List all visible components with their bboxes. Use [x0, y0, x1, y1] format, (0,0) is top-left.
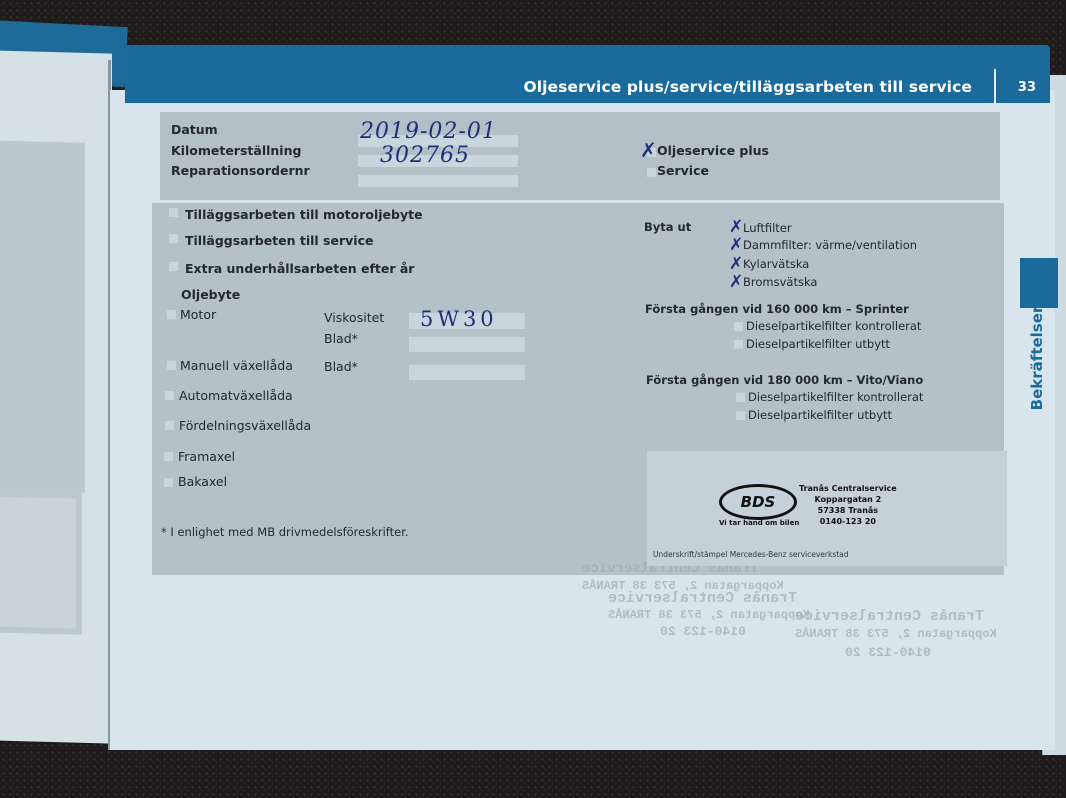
dpf-vito-checked-label: Dieselpartikelfilter kontrollerat — [748, 390, 923, 404]
checkbox-dpf-sprinter-checked[interactable] — [734, 322, 743, 331]
replace-air-filter: Luftfilter — [743, 221, 792, 235]
sheet-field-motor[interactable] — [409, 337, 525, 352]
checkbox-extra-maintenance[interactable] — [169, 262, 178, 271]
stamp-slogan: Vi tar hand om bilen — [719, 519, 799, 527]
repair-order-label: Reparationsordernr — [171, 163, 310, 178]
signature-stamp-field[interactable]: BDS Vi tar hand om bilen Tranås Centrals… — [647, 451, 1007, 566]
replace-cabin-filter: Dammfilter: värme/ventilation — [743, 238, 917, 252]
automatic-gearbox-label: Automatväxellåda — [179, 388, 293, 403]
odometer-value: 302765 — [380, 143, 470, 168]
sheet-label-motor: Blad* — [324, 331, 358, 346]
front-axle-label: Framaxel — [178, 449, 235, 464]
page-header-band: Oljeservice plus/service/tilläggsarbeten… — [125, 45, 1050, 103]
header-divider — [994, 69, 996, 103]
date-label: Datum — [171, 122, 218, 137]
x-mark-icon: ✗ — [729, 256, 743, 273]
additional-motor-oil-label: Tilläggsarbeten till motoroljebyte — [185, 207, 423, 222]
dpf-vito-heading: Första gången vid 180 000 km – Vito/Vian… — [646, 373, 923, 387]
replace-coolant: Kylarvätska — [743, 257, 809, 271]
manual-gearbox-label: Manuell växellåda — [180, 358, 293, 373]
transfer-case-label: Fördelningsväxellåda — [179, 418, 311, 433]
odometer-label: Kilometerställning — [171, 143, 301, 158]
service-label: Service — [657, 163, 709, 178]
stamp-address: Tranås Centralservice Koppargatan 2 5733… — [799, 483, 897, 527]
replace-brake-fluid: Bromsvätska — [743, 275, 817, 289]
checkbox-service[interactable] — [647, 168, 656, 177]
oil-change-heading: Oljebyte — [181, 287, 240, 302]
bleedthrough-stamp: Koppargatan 2, 573 38 TRANÅS — [608, 608, 810, 622]
side-tab-label: Bekräftelser — [1022, 300, 1052, 415]
signature-caption: Underskrift/stämpel Mercedes-Benz servic… — [653, 550, 849, 559]
viscosity-label: Viskositet — [324, 310, 384, 325]
viscosity-value: 5W30 — [420, 307, 498, 331]
checkbox-transfer-case[interactable] — [165, 421, 174, 430]
left-page-panel — [0, 490, 82, 634]
checkbox-front-axle[interactable] — [164, 452, 173, 461]
checkbox-automatic-gearbox[interactable] — [165, 391, 174, 400]
checkbox-dpf-vito-checked[interactable] — [736, 393, 745, 402]
bleedthrough-stamp: 0140-123 20 — [660, 624, 746, 639]
left-page — [0, 50, 112, 743]
dpf-sprinter-replaced-label: Dieselpartikelfilter utbytt — [746, 337, 890, 351]
bleedthrough-stamp: Tranås Centralservice — [608, 590, 797, 607]
sheet-field-gearbox[interactable] — [409, 365, 525, 380]
motor-label: Motor — [180, 307, 216, 322]
bleedthrough-stamp: Tranås Centralservice — [795, 608, 984, 625]
record-panel: Datum Kilometerställning Reparationsorde… — [160, 112, 1000, 200]
checkbox-dpf-sprinter-replaced[interactable] — [734, 340, 743, 349]
x-mark-icon: ✗ — [640, 140, 657, 160]
rear-axle-label: Bakaxel — [178, 474, 227, 489]
checkbox-additional-service[interactable] — [169, 234, 178, 243]
dpf-vito-replaced-label: Dieselpartikelfilter utbytt — [748, 408, 892, 422]
x-mark-icon: ✗ — [729, 219, 743, 236]
repair-order-field[interactable] — [358, 175, 518, 187]
bleedthrough-stamp: Koppargatan 2, 573 38 TRANÅS — [795, 627, 997, 641]
x-mark-icon: ✗ — [729, 274, 743, 291]
additional-service-label: Tilläggsarbeten till service — [185, 233, 373, 248]
dpf-sprinter-heading: Första gången vid 160 000 km – Sprinter — [645, 302, 909, 316]
checkbox-rear-axle[interactable] — [164, 478, 173, 487]
replace-heading: Byta ut — [644, 220, 691, 234]
bleedthrough-stamp: 0140-123 20 — [845, 645, 931, 660]
extra-maintenance-label: Extra underhållsarbeten efter år — [185, 261, 414, 276]
sheet-label-gearbox: Blad* — [324, 359, 358, 374]
date-value: 2019-02-01 — [360, 119, 497, 144]
page-number: 33 — [1018, 80, 1036, 95]
checkbox-manual-gearbox[interactable] — [167, 361, 176, 370]
x-mark-icon: ✗ — [729, 237, 743, 254]
dpf-sprinter-checked-label: Dieselpartikelfilter kontrollerat — [746, 319, 921, 333]
checkbox-additional-motor-oil[interactable] — [169, 208, 178, 217]
checkbox-motor[interactable] — [167, 310, 176, 319]
footnote: * I enlighet med MB drivmedelsföreskrift… — [161, 525, 409, 539]
page-title: Oljeservice plus/service/tilläggsarbeten… — [523, 78, 972, 96]
checkbox-dpf-vito-replaced[interactable] — [736, 411, 745, 420]
oljeservice-plus-label: Oljeservice plus — [657, 143, 769, 158]
left-page-panel — [0, 140, 85, 492]
bds-logo: BDS — [719, 484, 797, 520]
